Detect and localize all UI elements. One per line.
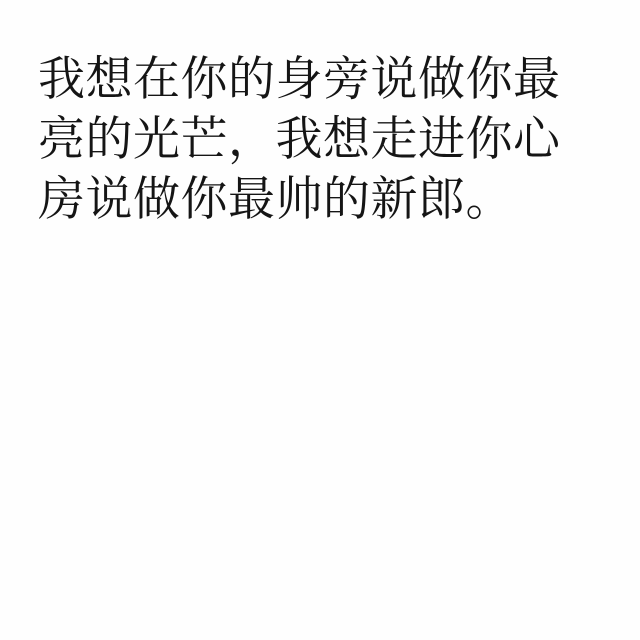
quote-text: 我想在你的身旁说做你最 亮的光芒，我想走进你心 房说做你最帅的新郎。 (38, 50, 620, 230)
quote-line-1: 我想在你的身旁说做你最 (38, 50, 620, 110)
quote-line-2: 亮的光芒，我想走进你心 (38, 110, 620, 170)
quote-line-3: 房说做你最帅的新郎。 (38, 170, 620, 230)
